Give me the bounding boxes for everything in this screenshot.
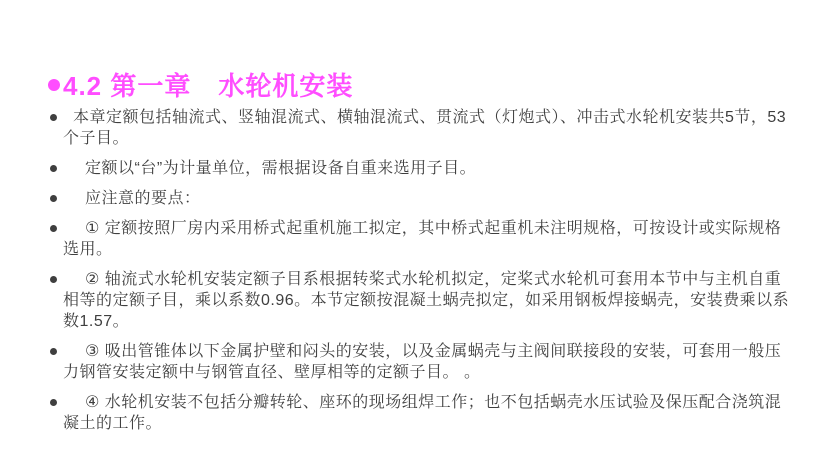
list-item: ③ 吸出管锥体以下金属护壁和闷头的安装，以及金属蜗壳与主阀间联接段的安装，可套用… xyxy=(48,341,790,383)
heading-bullet-icon xyxy=(48,79,60,91)
bullet-list: 本章定额包括轴流式、竖轴混流式、横轴混流式、贯流式（灯炮式）、冲击式水轮机安装共… xyxy=(48,107,790,443)
list-item-text: ② 轴流式水轮机安装定额子目系根据转桨式水轮机拟定，定桨式水轮机可套用本节中与主… xyxy=(63,269,790,332)
list-item-text: ③ 吸出管锥体以下金属护壁和闷头的安装，以及金属蜗壳与主阀间联接段的安装，可套用… xyxy=(63,341,790,383)
bullet-icon xyxy=(50,348,57,355)
slide-heading: 4.2 第一章 水轮机安装 xyxy=(48,66,353,103)
list-item-text: 应注意的要点： xyxy=(63,188,790,209)
list-item: 本章定额包括轴流式、竖轴混流式、横轴混流式、贯流式（灯炮式）、冲击式水轮机安装共… xyxy=(48,107,790,149)
list-item: 定额以“台”为计量单位，需根据设备自重来选用子目。 xyxy=(48,158,790,179)
list-item: ④ 水轮机安装不包括分瓣转轮、座环的现场组焊工作；也不包括蜗壳水压试验及保压配合… xyxy=(48,392,790,434)
bullet-icon xyxy=(50,114,57,121)
list-item: ① 定额按照厂房内采用桥式起重机施工拟定，其中桥式起重机未注明规格，可按设计或实… xyxy=(48,218,790,260)
bullet-icon xyxy=(50,195,57,202)
list-item-text: ① 定额按照厂房内采用桥式起重机施工拟定，其中桥式起重机未注明规格，可按设计或实… xyxy=(63,218,790,260)
bullet-icon xyxy=(50,165,57,172)
list-item: ② 轴流式水轮机安装定额子目系根据转桨式水轮机拟定，定桨式水轮机可套用本节中与主… xyxy=(48,269,790,332)
bullet-icon xyxy=(50,276,57,283)
bullet-icon xyxy=(50,399,57,406)
bullet-icon xyxy=(50,225,57,232)
page-title: 4.2 第一章 水轮机安装 xyxy=(63,66,353,103)
list-item-text: ④ 水轮机安装不包括分瓣转轮、座环的现场组焊工作；也不包括蜗壳水压试验及保压配合… xyxy=(63,392,790,434)
slide: 4.2 第一章 水轮机安装 本章定额包括轴流式、竖轴混流式、横轴混流式、贯流式（… xyxy=(0,0,840,473)
list-item-text: 本章定额包括轴流式、竖轴混流式、横轴混流式、贯流式（灯炮式）、冲击式水轮机安装共… xyxy=(63,107,790,149)
list-item-text: 定额以“台”为计量单位，需根据设备自重来选用子目。 xyxy=(63,158,790,179)
list-item: 应注意的要点： xyxy=(48,188,790,209)
